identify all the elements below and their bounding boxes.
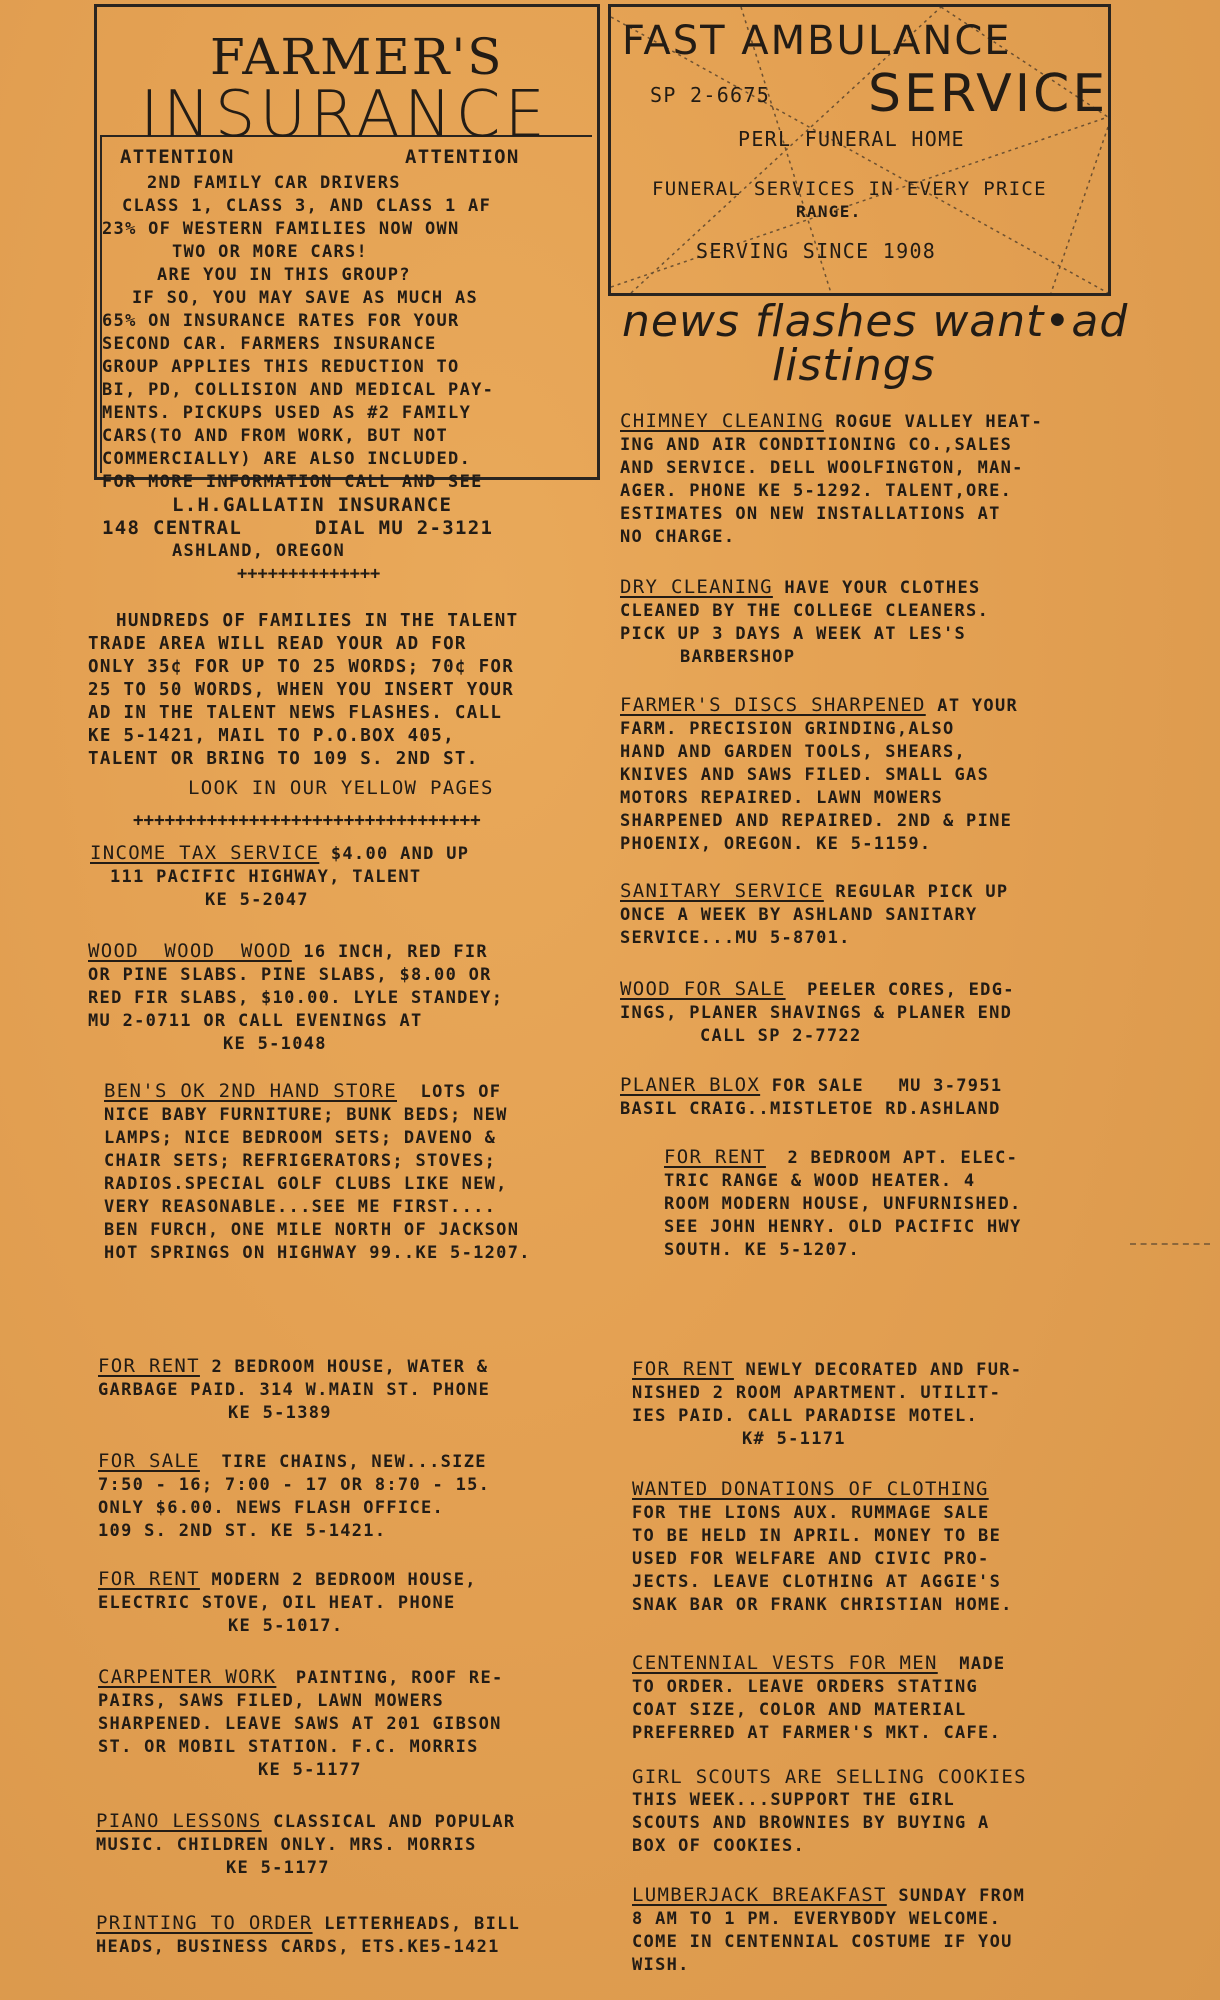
- insurance-line: 2ND FAMILY CAR DRIVERS: [102, 172, 592, 195]
- insurance-body: 2ND FAMILY CAR DRIVERS CLASS 1, CLASS 3,…: [102, 172, 592, 586]
- ad-line: REGULAR PICK UP: [835, 882, 1008, 902]
- rates-line: ONLY 35¢ FOR UP TO 25 WORDS; 70¢ FOR: [88, 656, 608, 679]
- ad-heading: FOR RENT: [98, 1568, 200, 1590]
- ad-for-rent-modern-house: FOR RENT MODERN 2 BEDROOM HOUSE, ELECTRI…: [98, 1568, 608, 1638]
- ad-line: IES PAID. CALL PARADISE MOTEL.: [632, 1405, 1172, 1428]
- ad-line: VERY REASONABLE...SEE ME FIRST....: [104, 1196, 634, 1219]
- ad-farmers-discs: FARMER'S DISCS SHARPENED AT YOUR FARM. P…: [620, 694, 1160, 856]
- insurance-line: FOR MORE INFORMATION CALL AND SEE: [102, 471, 592, 494]
- ad-wood-for-sale: WOOD FOR SALE PEELER CORES, EDG- INGS, P…: [620, 978, 1160, 1048]
- ad-heading: FOR SALE: [98, 1450, 200, 1472]
- divider: [1130, 1243, 1210, 1245]
- ad-line: TRIC RANGE & WOOD HEATER. 4: [664, 1170, 1164, 1193]
- ad-line: FOR SALE MU 3-7951: [772, 1076, 1003, 1096]
- ad-line: CALL SP 2-7722: [620, 1025, 1160, 1048]
- ad-line: OR PINE SLABS. PINE SLABS, $8.00 OR: [88, 964, 618, 987]
- ad-heading: PRINTING TO ORDER: [96, 1912, 313, 1934]
- ad-line: INGS, PLANER SHAVINGS & PLANER END: [620, 1002, 1160, 1025]
- ad-line: ONLY $6.00. NEWS FLASH OFFICE.: [98, 1497, 608, 1520]
- ad-heading: FOR RENT: [632, 1358, 734, 1380]
- ad-line: 2 BEDROOM APT. ELEC-: [777, 1148, 1018, 1168]
- ad-line: SERVICE...MU 5-8701.: [620, 927, 1160, 950]
- ad-for-sale-tire-chains: FOR SALE TIRE CHAINS, NEW...SIZE 7:50 - …: [98, 1450, 608, 1543]
- insurance-title-insurance: insurance: [140, 78, 549, 152]
- ad-line: NO CHARGE.: [620, 526, 1160, 549]
- ad-lumberjack-breakfast: LUMBERJACK BREAKFAST SUNDAY FROM 8 AM TO…: [632, 1884, 1172, 1977]
- rates-line: AD IN THE TALENT NEWS FLASHES. CALL: [88, 702, 608, 725]
- ad-line: USED FOR WELFARE AND CIVIC PRO-: [632, 1548, 1172, 1571]
- ad-heading: WOOD WOOD WOOD: [88, 940, 292, 962]
- ad-line: KE 5-1017.: [98, 1615, 608, 1638]
- ad-line: PAIRS, SAWS FILED, LAWN MOWERS: [98, 1690, 618, 1713]
- ad-line: PHOENIX, OREGON. KE 5-1159.: [620, 833, 1160, 856]
- ad-line: KE 5-1177: [98, 1759, 618, 1782]
- ad-line: BASIL CRAIG..MISTLETOE RD.ASHLAND: [620, 1098, 1160, 1121]
- ad-line: 2 BEDROOM HOUSE, WATER &: [211, 1357, 488, 1377]
- ad-line: ST. OR MOBIL STATION. F.C. MORRIS: [98, 1736, 618, 1759]
- ad-line: 111 PACIFIC HIGHWAY, TALENT: [90, 866, 610, 889]
- ad-bens-store: BEN'S OK 2ND HAND STORE LOTS OF NICE BAB…: [104, 1080, 634, 1265]
- ad-heading: PIANO LESSONS: [96, 1810, 262, 1832]
- ad-wood: WOOD WOOD WOOD 16 INCH, RED FIR OR PINE …: [88, 940, 618, 1056]
- ad-for-rent-house: FOR RENT 2 BEDROOM HOUSE, WATER & GARBAG…: [98, 1355, 608, 1425]
- insurance-line: COMMERCIALLY) ARE ALSO INCLUDED.: [102, 448, 592, 471]
- funeral-services-range: RANGE.: [796, 200, 862, 223]
- ad-line: 109 S. 2ND ST. KE 5-1421.: [98, 1520, 608, 1543]
- ad-line: HEADS, BUSINESS CARDS, ETS.KE5-1421: [96, 1936, 616, 1959]
- ad-line: PICK UP 3 DAYS A WEEK AT LES'S: [620, 623, 1160, 646]
- rates-line: TRADE AREA WILL READ YOUR AD FOR: [88, 633, 608, 656]
- rates-line: 25 TO 50 WORDS, WHEN YOU INSERT YOUR: [88, 679, 608, 702]
- ad-line: MUSIC. CHILDREN ONLY. MRS. MORRIS: [96, 1834, 616, 1857]
- ad-line: KE 5-2047: [90, 889, 610, 912]
- ad-line: BARBERSHOP: [620, 646, 1160, 669]
- ad-line: KE 5-1177: [96, 1857, 616, 1880]
- insurance-line: ARE YOU IN THIS GROUP?: [102, 264, 592, 287]
- section-title-line2: listings: [772, 340, 936, 391]
- rates-notice: HUNDREDS OF FAMILIES IN THE TALENT TRADE…: [88, 610, 608, 833]
- ad-line: GARBAGE PAID. 314 W.MAIN ST. PHONE: [98, 1379, 608, 1402]
- ad-line: RADIOS.SPECIAL GOLF CLUBS LIKE NEW,: [104, 1173, 634, 1196]
- ad-line: SHARPENED. LEAVE SAWS AT 201 GIBSON: [98, 1713, 618, 1736]
- ad-heading: CARPENTER WORK: [98, 1666, 276, 1688]
- ad-heading: CHIMNEY CLEANING: [620, 410, 824, 432]
- ad-line: $4.00 AND UP: [331, 844, 469, 864]
- ad-line: ING AND AIR CONDITIONING CO.,SALES: [620, 434, 1160, 457]
- insurance-agency: L.H.GALLATIN INSURANCE: [102, 494, 592, 517]
- ad-heading: FARMER'S DISCS SHARPENED: [620, 694, 926, 716]
- ad-line: ROOM MODERN HOUSE, UNFURNISHED.: [664, 1193, 1164, 1216]
- ad-planer-blox: PLANER BLOX FOR SALE MU 3-7951 BASIL CRA…: [620, 1074, 1160, 1121]
- insurance-line: IF SO, YOU MAY SAVE AS MUCH AS: [102, 287, 592, 310]
- rates-line: TALENT OR BRING TO 109 S. 2ND ST.: [88, 748, 608, 771]
- ad-line: K# 5-1171: [632, 1428, 1172, 1451]
- funeral-home-name: PERL FUNERAL HOME: [738, 128, 965, 151]
- insurance-attention-row: ATTENTION ATTENTION: [120, 146, 540, 169]
- ad-line: CHAIR SETS; REFRIGERATORS; STOVES;: [104, 1150, 634, 1173]
- ad-line: SOUTH. KE 5-1207.: [664, 1239, 1164, 1262]
- ad-line: SEE JOHN HENRY. OLD PACIFIC HWY: [664, 1216, 1164, 1239]
- ad-heading: LUMBERJACK BREAKFAST: [632, 1884, 887, 1906]
- ad-heading: INCOME TAX SERVICE: [90, 842, 319, 864]
- rates-line: KE 5-1421, MAIL TO P.O.BOX 405,: [88, 725, 608, 748]
- ad-line: 8 AM TO 1 PM. EVERYBODY WELCOME.: [632, 1908, 1172, 1931]
- insurance-line: 65% ON INSURANCE RATES FOR YOUR: [102, 310, 592, 333]
- ad-girl-scouts: GIRL SCOUTS ARE SELLING COOKIES THIS WEE…: [632, 1766, 1172, 1858]
- ad-line: JECTS. LEAVE CLOTHING AT AGGIE'S: [632, 1571, 1172, 1594]
- serving-since: SERVING SINCE 1908: [696, 240, 936, 263]
- ad-heading: WANTED DONATIONS OF CLOTHING: [632, 1478, 989, 1500]
- insurance-line: TWO OR MORE CARS!: [102, 241, 592, 264]
- ad-line: AT YOUR: [937, 696, 1018, 716]
- insurance-city: ASHLAND, OREGON: [102, 540, 592, 563]
- ad-heading: DRY CLEANING: [620, 576, 773, 598]
- insurance-address: 148 CENTRAL: [102, 517, 242, 539]
- ad-line: MODERN 2 BEDROOM HOUSE,: [211, 1570, 476, 1590]
- ad-line: AGER. PHONE KE 5-1292. TALENT,ORE.: [620, 480, 1160, 503]
- ad-line: CLEANED BY THE COLLEGE CLEANERS.: [620, 600, 1160, 623]
- ad-line: KNIVES AND SAWS FILED. SMALL GAS: [620, 764, 1160, 787]
- ad-heading: PLANER BLOX: [620, 1074, 760, 1096]
- ad-line: ROGUE VALLEY HEAT-: [835, 412, 1043, 432]
- ad-line: SUNDAY FROM: [898, 1886, 1025, 1906]
- ad-line: TIRE CHAINS, NEW...SIZE: [211, 1452, 486, 1472]
- ad-line: KE 5-1048: [88, 1033, 618, 1056]
- ad-line: CLASSICAL AND POPULAR: [273, 1812, 515, 1832]
- rates-line: HUNDREDS OF FAMILIES IN THE TALENT: [88, 610, 608, 633]
- ad-line: SHARPENED AND REPAIRED. 2ND & PINE: [620, 810, 1160, 833]
- separator: +++++++++++++++++++++++++++++++++: [88, 810, 608, 833]
- ad-line: MOTORS REPAIRED. LAWN MOWERS: [620, 787, 1160, 810]
- ad-line: SCOUTS AND BROWNIES BY BUYING A: [632, 1812, 1172, 1835]
- ad-line: PEELER CORES, EDG-: [797, 980, 1015, 1000]
- ambulance-title: FAST AMBULANCE: [622, 18, 1012, 64]
- ad-line: LOTS OF: [409, 1082, 502, 1102]
- ad-line: FARM. PRECISION GRINDING,ALSO: [620, 718, 1160, 741]
- ad-line: 16 INCH, RED FIR: [303, 942, 488, 962]
- insurance-line: GROUP APPLIES THIS REDUCTION TO: [102, 356, 592, 379]
- ad-line: COME IN CENTENNIAL COSTUME IF YOU: [632, 1931, 1172, 1954]
- yellow-pages-line: LOOK IN OUR YELLOW PAGES: [88, 777, 608, 800]
- insurance-phone: DIAL MU 2-3121: [255, 517, 493, 539]
- ambulance-phone: SP 2-6675: [650, 84, 770, 107]
- separator: ++++++++++++++: [102, 563, 592, 586]
- ad-carpenter-work: CARPENTER WORK PAINTING, ROOF RE- PAIRS,…: [98, 1666, 618, 1782]
- ad-line: NEWLY DECORATED AND FUR-: [745, 1360, 1022, 1380]
- ad-heading: FOR RENT: [664, 1146, 766, 1168]
- ad-line: ONCE A WEEK BY ASHLAND SANITARY: [620, 904, 1160, 927]
- ad-line: TO ORDER. LEAVE ORDERS STATING: [632, 1676, 1172, 1699]
- ad-for-rent-apt: FOR RENT 2 BEDROOM APT. ELEC- TRIC RANGE…: [664, 1146, 1164, 1262]
- attention-right: ATTENTION: [405, 146, 520, 169]
- ad-line: NISHED 2 ROOM APARTMENT. UTILIT-: [632, 1382, 1172, 1405]
- ad-piano-lessons: PIANO LESSONS CLASSICAL AND POPULAR MUSI…: [96, 1810, 616, 1880]
- ad-sanitary-service: SANITARY SERVICE REGULAR PICK UP ONCE A …: [620, 880, 1160, 950]
- attention-left: ATTENTION: [120, 146, 235, 168]
- ad-line: MU 2-0711 OR CALL EVENINGS AT: [88, 1010, 618, 1033]
- ad-line: LETTERHEADS, BILL: [324, 1914, 520, 1934]
- ad-line: HAND AND GARDEN TOOLS, SHEARS,: [620, 741, 1160, 764]
- ad-line: HOT SPRINGS ON HIGHWAY 99..KE 5-1207.: [104, 1242, 634, 1265]
- ad-line: TO BE HELD IN APRIL. MONEY TO BE: [632, 1525, 1172, 1548]
- ad-line: PREFERRED AT FARMER'S MKT. CAFE.: [632, 1722, 1172, 1745]
- newsletter-page: FARMER'S insurance ATTENTION ATTENTION 2…: [0, 0, 1220, 2000]
- ad-line: WISH.: [632, 1954, 1172, 1977]
- ad-line: BOX OF COOKIES.: [632, 1835, 1172, 1858]
- insurance-address-row: 148 CENTRAL DIAL MU 2-3121: [102, 517, 592, 540]
- insurance-line: BI, PD, COLLISION AND MEDICAL PAY-: [102, 379, 592, 402]
- insurance-line: 23% OF WESTERN FAMILIES NOW OWN: [102, 218, 592, 241]
- ad-line: HAVE YOUR CLOTHES: [784, 578, 980, 598]
- ad-heading: SANITARY SERVICE: [620, 880, 824, 902]
- ad-centennial-vests: CENTENNIAL VESTS FOR MEN MADE TO ORDER. …: [632, 1652, 1172, 1745]
- insurance-line: MENTS. PICKUPS USED AS #2 FAMILY: [102, 402, 592, 425]
- ad-printing-to-order: PRINTING TO ORDER LETTERHEADS, BILL HEAD…: [96, 1912, 616, 1959]
- insurance-line: CLASS 1, CLASS 3, AND CLASS 1 AF: [102, 195, 592, 218]
- ad-line: SNAK BAR OR FRANK CHRISTIAN HOME.: [632, 1594, 1172, 1617]
- insurance-line: SECOND CAR. FARMERS INSURANCE: [102, 333, 592, 356]
- insurance-line: CARS(TO AND FROM WORK, BUT NOT: [102, 425, 592, 448]
- ad-line: NICE BABY FURNITURE; BUNK BEDS; NEW: [104, 1104, 634, 1127]
- ad-line: ELECTRIC STOVE, OIL HEAT. PHONE: [98, 1592, 608, 1615]
- ambulance-service-title: SERVICE: [868, 64, 1108, 124]
- ad-for-rent-motel: FOR RENT NEWLY DECORATED AND FUR- NISHED…: [632, 1358, 1172, 1451]
- ad-heading: BEN'S OK 2ND HAND STORE: [104, 1080, 397, 1102]
- ad-line: 7:50 - 16; 7:00 - 17 OR 8:70 - 15.: [98, 1474, 608, 1497]
- ad-line: KE 5-1389: [98, 1402, 608, 1425]
- ad-line: COAT SIZE, COLOR AND MATERIAL: [632, 1699, 1172, 1722]
- ad-dry-cleaning: DRY CLEANING HAVE YOUR CLOTHES CLEANED B…: [620, 576, 1160, 669]
- ad-line: AND SERVICE. DELL WOOLFINGTON, MAN-: [620, 457, 1160, 480]
- ad-heading: FOR RENT: [98, 1355, 200, 1377]
- ad-line: THIS WEEK...SUPPORT THE GIRL: [632, 1789, 1172, 1812]
- ad-line: PAINTING, ROOF RE-: [288, 1668, 504, 1688]
- ad-chimney-cleaning: CHIMNEY CLEANING ROGUE VALLEY HEAT- ING …: [620, 410, 1160, 549]
- ad-wanted-donations: WANTED DONATIONS OF CLOTHING FOR THE LIO…: [632, 1478, 1172, 1617]
- ad-income-tax: INCOME TAX SERVICE $4.00 AND UP 111 PACI…: [90, 842, 610, 912]
- ad-line: MADE: [949, 1654, 1005, 1674]
- ad-line: BEN FURCH, ONE MILE NORTH OF JACKSON: [104, 1219, 634, 1242]
- ad-line: FOR THE LIONS AUX. RUMMAGE SALE: [632, 1502, 1172, 1525]
- ad-heading: WOOD FOR SALE: [620, 978, 786, 1000]
- ad-line: LAMPS; NICE BEDROOM SETS; DAVENO &: [104, 1127, 634, 1150]
- ad-line: RED FIR SLABS, $10.00. LYLE STANDEY;: [88, 987, 618, 1010]
- ad-line: ESTIMATES ON NEW INSTALLATIONS AT: [620, 503, 1160, 526]
- funeral-services-text: FUNERAL SERVICES IN EVERY PRICE: [652, 178, 1047, 201]
- ad-heading: CENTENNIAL VESTS FOR MEN: [632, 1652, 938, 1674]
- ad-line: GIRL SCOUTS ARE SELLING COOKIES: [632, 1766, 1172, 1789]
